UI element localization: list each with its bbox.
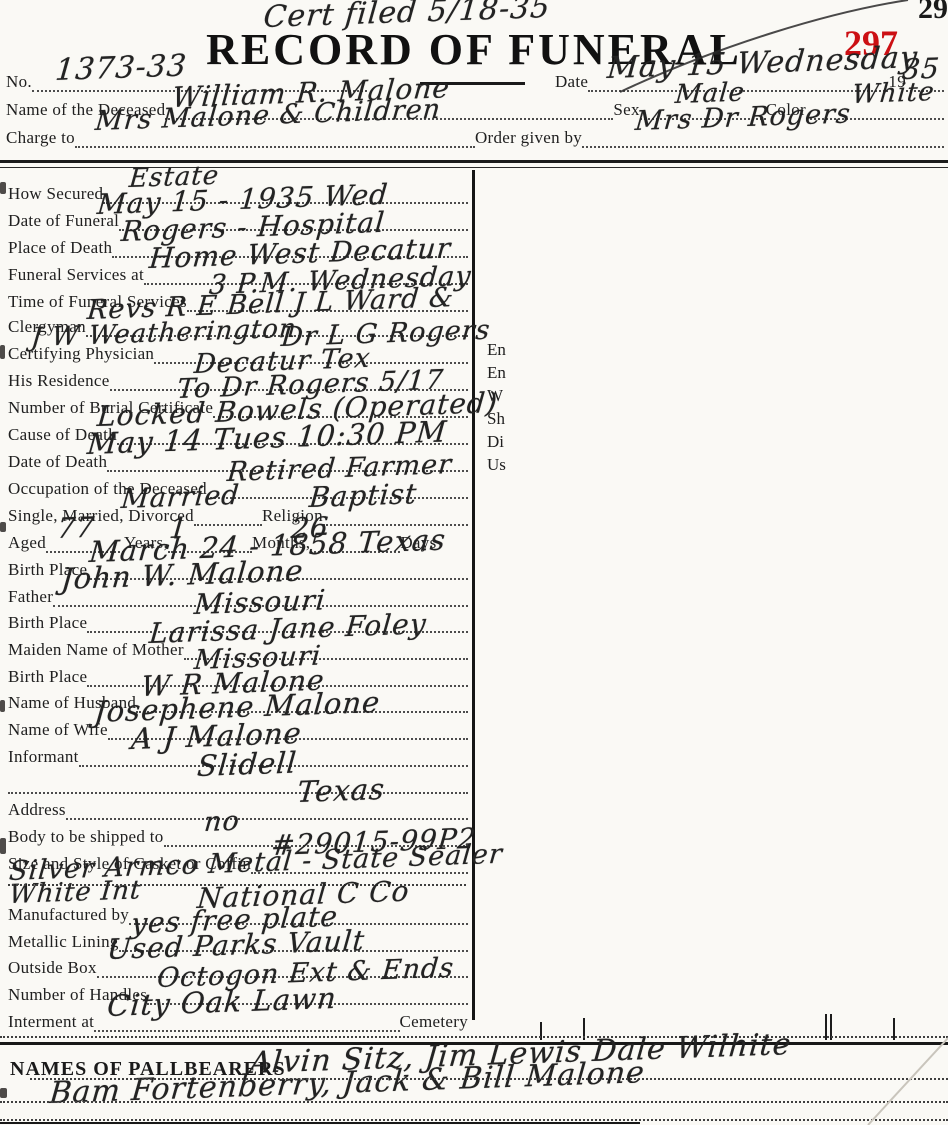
marital-value: Married [120, 482, 241, 513]
field-label: Father [8, 587, 53, 607]
no-label: No. [6, 72, 32, 92]
scan-artifact [0, 700, 5, 712]
field-value: City Oak Lawn [106, 984, 338, 1021]
row-casket: Size and Style of Casket or Coffin #2901… [8, 850, 468, 874]
religion-value: Baptist [308, 480, 418, 512]
field-label: Birth Place [8, 667, 87, 687]
field-label: His Residence [8, 371, 110, 391]
aged-label: Aged [8, 533, 46, 553]
field-label: Metallic Lining [8, 932, 119, 952]
right-column-partial-label: En [487, 340, 506, 360]
right-column-partial-label: Us [487, 455, 506, 475]
field-label: Manufactured by [8, 905, 129, 925]
no-value: 1373-33 [54, 51, 188, 86]
row-no-date: No. Date 19 1373-33 May 15 Wednesday 35 [6, 68, 944, 92]
field-label: How Secured [8, 184, 103, 204]
page-corner-number: 29 [918, 0, 948, 26]
dotted-rule [0, 1119, 948, 1121]
dotted-rule [30, 1078, 948, 1080]
row-charge-order: Charge to Order given by Mrs Malone & Ch… [6, 124, 944, 148]
row-informant-address-line: Slidell [8, 770, 468, 794]
field-value: Slidell [196, 748, 298, 781]
charge-to-label: Charge to [6, 128, 75, 148]
scan-crease [868, 1038, 948, 1125]
field-label: Interment at [8, 1012, 94, 1032]
field-label: Informant [8, 747, 79, 767]
field-label: Outside Box [8, 958, 97, 978]
funeral-record-document: Cert filed 5/18-35 29 297 RECORD OF FUNE… [0, 0, 948, 1125]
field-label: Certifying Physician [8, 344, 154, 364]
dotted-rule [0, 1101, 948, 1103]
right-column-partial-label: W [487, 386, 503, 406]
scan-artifact [0, 182, 6, 194]
scan-artifact [0, 1088, 7, 1098]
field-label: Address [8, 800, 66, 820]
right-column-partial-label: Sh [487, 409, 505, 429]
field-label: Body to be shipped to [8, 827, 164, 847]
field-label: Place of Death [8, 238, 112, 258]
color-value: White [851, 79, 936, 108]
row-interment-at: Interment at Cemetery City Oak Lawn [8, 1008, 468, 1032]
order-given-by-value: Mrs Dr Rogers [634, 100, 852, 135]
scan-artifact [0, 838, 6, 854]
dotted-underline [66, 799, 468, 820]
column-divider-line [472, 170, 475, 1020]
right-column-partial-label: En [487, 363, 506, 383]
cemetery-label: Cemetery [400, 1012, 468, 1032]
field-value: Texas [296, 775, 386, 807]
date-label: Date [555, 72, 588, 92]
field-value: no [203, 808, 241, 836]
field-label: Funeral Services at [8, 265, 144, 285]
right-column-partial-label: Di [487, 432, 504, 452]
scan-artifact [0, 345, 5, 359]
field-label: Birth Place [8, 613, 87, 633]
scan-artifact [0, 522, 6, 532]
bottom-rule [0, 1122, 640, 1124]
order-given-by-label: Order given by [475, 128, 582, 148]
